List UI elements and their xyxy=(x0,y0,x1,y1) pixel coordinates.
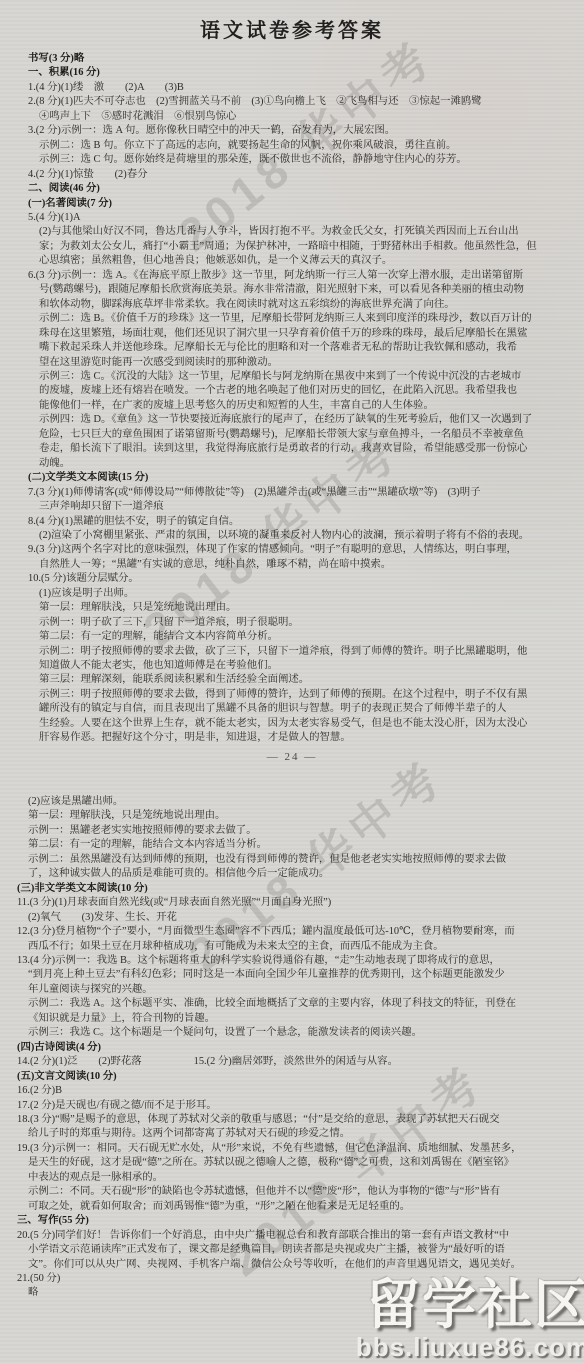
answer-sheet-page-2: (2)应该是黑罐出师。第一层：理解肤浅，只是笼统地说出理由。示例一：黑罐老老实实… xyxy=(0,795,584,1301)
answer-line: 动魄。 xyxy=(0,457,584,471)
answer-line: 第一层：理解肤浅，只是笼统地说出理由。 xyxy=(0,601,584,615)
answer-line: 1.(4 分)(1)缕 激 (2)A (3)B xyxy=(0,81,584,95)
answer-line: 家；为救刘太公女儿，痛打“小霸王”周通；为保护林冲，一路暗中相随，于野猪林出手相… xyxy=(0,240,584,254)
answer-line: 第二层：有一定的理解，能结合文本内容简单分析。 xyxy=(0,630,584,644)
answer-line: 示例三：选 C。《沉没的大陆》这一节里，尼摩船长与阿龙纳斯在黑夜中来到了一个传说… xyxy=(0,370,584,384)
answer-line: 书写(3 分)略 xyxy=(0,52,584,66)
answer-line: 第三层：理解深刻，能联系阅读积累和生活经验全面阐述。 xyxy=(0,673,584,687)
answer-line: 小学语文示范诵读库”正式发布了，课文都是经典篇目，朗读者都是央视或央广主播，被誉… xyxy=(0,1243,584,1257)
answer-line: (2)应该是黑罐出师。 xyxy=(0,795,584,809)
answer-sheet-page-1: 语文试卷参考答案 书写(3 分)略一、积累(16 分)1.(4 分)(1)缕 激… xyxy=(0,14,584,763)
answer-line: 的废墟，废墟上还有熔岩在喷发。一个古老的地名唤起了他们对历史的回忆，在此陷入沉思… xyxy=(0,384,584,398)
answer-line: 19.(3 分)示例一：相同。天石砚无贮水处，从“形”来说，不免有些遗憾，但它色… xyxy=(0,1142,584,1156)
answer-line: 号(鹦鹉螺号)，跟随尼摩船长欣赏海底美景。海水非常清澈，阳光照射下来，可以看见各… xyxy=(0,283,584,297)
answer-line: 3.(2 分)示例一：选 A 句。愿你像秋日晴空中的冲天一鹤，奋发有为，大展宏图… xyxy=(0,124,584,138)
answer-line: 能像他们一样，在广袤的废墟上思考悠久的历史和短暂的人生，丰富自己的人生体验。 xyxy=(0,399,584,413)
page-number: — 24 — xyxy=(0,751,584,763)
answer-line: 是天生的好砚，这才是砚“德”之所在。苏轼以砚之德喻人之德，极称“德”之可贵，这和… xyxy=(0,1156,584,1170)
answer-line: “到月亮上种土豆去”有科幻色彩；同时这是一本面向全国少年儿童推荐的优秀期刊，这个… xyxy=(0,968,584,982)
answer-line: 望在这里游览时能再一次感受到阅读时的那种激动。 xyxy=(0,356,584,370)
answer-line: 示例一：明子砍了三下，只留下一道斧痕，明子很聪明。 xyxy=(0,616,584,630)
answer-line: 三声斧响却只留下一道斧痕 xyxy=(0,500,584,514)
answer-line: 危险，七只巨大的章鱼围困了诺第留斯号(鹦鹉螺号)，尼摩船长带领大家与章鱼搏斗，一… xyxy=(0,428,584,442)
answer-line: 18.(3 分)“赐”是赐予的意思，体现了苏轼对父亲的敬重与感恩；“付”是交给的… xyxy=(0,1113,584,1127)
answer-line: (三)非文学类文本阅读(10 分) xyxy=(0,882,584,896)
page-title: 语文试卷参考答案 xyxy=(0,14,584,43)
answer-line: (2)与其他梁山好汉不同，鲁达几番与人争斗，皆因打抱不平。为救金氏父女，打死镇关… xyxy=(0,225,584,239)
site-watermark-url: bbs.liuxue86.com xyxy=(356,1334,584,1360)
answer-line: 示例三：我选 C。这个标题是一个疑问句，设置了一个悬念，能激发读者的阅读兴趣。 xyxy=(0,1026,584,1040)
answer-line: 示例三：选 C 句。愿你始终是荷塘里的那朵莲，既不傲世也不流俗，静静地守住内心的… xyxy=(0,153,584,167)
answer-line: 嘴下救起采珠人并送他珍珠。尼摩船长无与伦比的胆略和对一个落难者无私的帮助让我钦佩… xyxy=(0,341,584,355)
answers-section-page2: (2)应该是黑罐出师。第一层：理解肤浅，只是笼统地说出理由。示例一：黑罐老老实实… xyxy=(0,795,584,1301)
answer-line: (一)名著阅读(7 分) xyxy=(0,197,584,211)
answer-line: 10.(5 分)该题分层赋分。 xyxy=(0,572,584,586)
answer-line: (四)古诗阅读(4 分) xyxy=(0,1041,584,1055)
answer-line: ④鸣声上下 ⑤感时花溅泪 ⑥恨别鸟惊心 xyxy=(0,110,584,124)
answer-line: 示例二：明子按照师傅的要求去做，砍了三下，只留下一道斧痕，得到了师傅的赞许。明子… xyxy=(0,645,584,659)
answer-line: 7.(3 分)(1)师傅请客(或“师傅设局”“师傅散徒”等) (2)黑罐斧击(或… xyxy=(0,486,584,500)
answer-line: 示例四：选 D。《章鱼》这一节快要接近海底旅行的尾声了，在经历了缺氧的生死考验后… xyxy=(0,413,584,427)
answer-line: 5.(4 分)(1)A xyxy=(0,211,584,225)
answer-line: 12.(3 分)登月植物“个子”要小，“月面微型生态圈”容不下西瓜；罐内温度最低… xyxy=(0,925,584,939)
answer-line: 示例二：不同。天石砚“形”的缺陷也令苏轼遗憾，但他并不以“德”废“形”，他认为事… xyxy=(0,1185,584,1199)
answer-line: 略 xyxy=(0,1286,584,1300)
answer-line: 示例二：虽然黑罐没有达到师傅的预期，也没有得到师傅的赞许，但是他老老实实地按照师… xyxy=(0,853,584,867)
answer-line: 和软体动物，脚踩海底草坪非常柔软。我在阅读时就对这五彩缤纷的海底世界充满了向往。 xyxy=(0,298,584,312)
answer-line: 2.(8 分)(1)匹夫不可夺志也 (2)雪拥蓝关马不前 (3)①鸟向檐上飞 ②… xyxy=(0,95,584,109)
answer-line: 西瓜不行；如果土豆在月球种植成功，有可能成为未来太空的主食，而西瓜不能成为主食。 xyxy=(0,940,584,954)
answer-line: 16.(2 分)B xyxy=(0,1084,584,1098)
answer-line: 17.(2 分)是天砚也/有砚之德/而不足于形耳。 xyxy=(0,1099,584,1113)
answer-line: 示例二：选 B。《价值千万的珍珠》这一节里，尼摩船长带阿龙纳斯三人来到印度洋的珠… xyxy=(0,312,584,326)
answer-line: 年儿童阅读与探究的兴趣。 xyxy=(0,983,584,997)
answer-line: 心思缜密；虽然粗鲁，但心地善良；他嫉恶如仇，是一个义薄云天的真汉子。 xyxy=(0,254,584,268)
answer-line: (2)渲染了小窝棚里紧张、严肃的氛围，以环境的凝重来反衬人物内心的波澜，预示着明… xyxy=(0,529,584,543)
answer-line: 三、写作(55 分) xyxy=(0,1214,584,1228)
answer-line: 8.(4 分)(1)黑罐的胆怯不安，明子的镇定自信。 xyxy=(0,515,584,529)
answer-line: 示例一：黑罐老老实实地按照师傅的要求去做了。 xyxy=(0,824,584,838)
answers-section-page1: 书写(3 分)略一、积累(16 分)1.(4 分)(1)缕 激 (2)A (3)… xyxy=(0,52,584,746)
answer-line: 6.(3 分)示例一：选 A。《在海底平原上散步》这一节里，阿龙纳斯一行三人第一… xyxy=(0,269,584,283)
answer-line: 知道做人不能太老实，他也知道师傅是在考验他们。 xyxy=(0,659,584,673)
answer-line: 给儿子时的郑重与期待。这两个词都寄寓了苏轼对天石砚的珍爱之情。 xyxy=(0,1127,584,1141)
answer-line: (1)应该是明子出师。 xyxy=(0,587,584,601)
answer-line: 珠母在这里繁殖，场面壮观，他们还见识了洞穴里一只孕育着价值千万的珍珠的珠母，最后… xyxy=(0,327,584,341)
answer-line: (五)文言文阅读(10 分) xyxy=(0,1070,584,1084)
answer-line: (2)氧气 (3)发芽、生长、开花 xyxy=(0,911,584,925)
answer-line: 第一层：理解肤浅，只是笼统地说出理由。 xyxy=(0,809,584,823)
answer-line: 了，这种诚实做人的品质是难能可贵的。相信他今后一定能成功。 xyxy=(0,867,584,881)
answer-line: 卷走，船长流下了眼泪。读到这里，我觉得海底旅行是勇敢者的行动，我喜欢冒险，希望能… xyxy=(0,442,584,456)
answer-line: 《知识就是力量》上，符合刊物的旨趣。 xyxy=(0,1012,584,1026)
answer-line: 生经验。人要在这个世界上生存，就不能太老实，因为太老实容易受气，但是也不能太没心… xyxy=(0,717,584,731)
answer-line: 可取之处，就看如何取舍；而刘禹锡惟“德”为重，“形”之陋在他看来是无足轻重的。 xyxy=(0,1200,584,1214)
answer-line: 9.(3 分)这两个名字对比的意味强烈，体现了作家的情感倾向。“明子”有聪明的意… xyxy=(0,543,584,557)
answer-line: 11.(3 分)(1)月球表面自然光线(或“月球表面自然光照”“月面自身光照”) xyxy=(0,896,584,910)
answer-line: 13.(4 分)示例一：我选 B。这个标题将重大的科学实验说得通俗有趣，“走”生… xyxy=(0,954,584,968)
answer-line: 二、阅读(46 分) xyxy=(0,182,584,196)
answer-line: 4.(2 分)(1)惊蛰 (2)春分 xyxy=(0,168,584,182)
answer-line: 文”。你们可以从央广网、央视网、手机客户端、微信公众号等收听，在他们的声音里遇见… xyxy=(0,1258,584,1272)
answer-line: 中表达的观点是一脉相承的。 xyxy=(0,1171,584,1185)
answer-line: 14.(2 分)(1)泛 (2)野花落 15.(2 分)幽居郊野，淡然世外的闲适… xyxy=(0,1055,584,1069)
answer-line: 21.(50 分) xyxy=(0,1272,584,1286)
answer-line: 示例二：我选 A。这个标题平实、准确，比较全面地概括了文章的主要内容，体现了科技… xyxy=(0,997,584,1011)
answer-line: 一、积累(16 分) xyxy=(0,66,584,80)
answer-line: 20.(5 分)同学们好！ 告诉你们一个好消息，由中央广播电视总台和教育部联合推… xyxy=(0,1229,584,1243)
answer-line: 罐所没有的镇定与自信，而且表现出了黑罐不具备的胆识与智慧。明子的表现正契合了师傅… xyxy=(0,702,584,716)
answer-line: 第二层：有一定的理解，能结合文本内容适当分析。 xyxy=(0,838,584,852)
answer-line: (二)文学类文本阅读(15 分) xyxy=(0,471,584,485)
answer-line: 自然胜人一筹；“黑罐”有实诚的意思，纯朴自然，雕琢不精，尚在暗中摸索。 xyxy=(0,558,584,572)
scanned-exam-answer-sheet: { "colors":{"paper":"#d7d6d2","ink":"#2d… xyxy=(0,0,584,1364)
answer-line: 示例三：明子按照师傅的要求去做，得到了师傅的赞许，达到了师傅的预期。在这个过程中… xyxy=(0,688,584,702)
answer-line: 肝容易作恶。把握好这个分寸，明是非，知进退，才是做人的智慧。 xyxy=(0,731,584,745)
answer-line: 示例二：选 B 句。你立下了高远的志向，就要扬起生命的风帆，祝你乘风破浪，勇往直… xyxy=(0,139,584,153)
